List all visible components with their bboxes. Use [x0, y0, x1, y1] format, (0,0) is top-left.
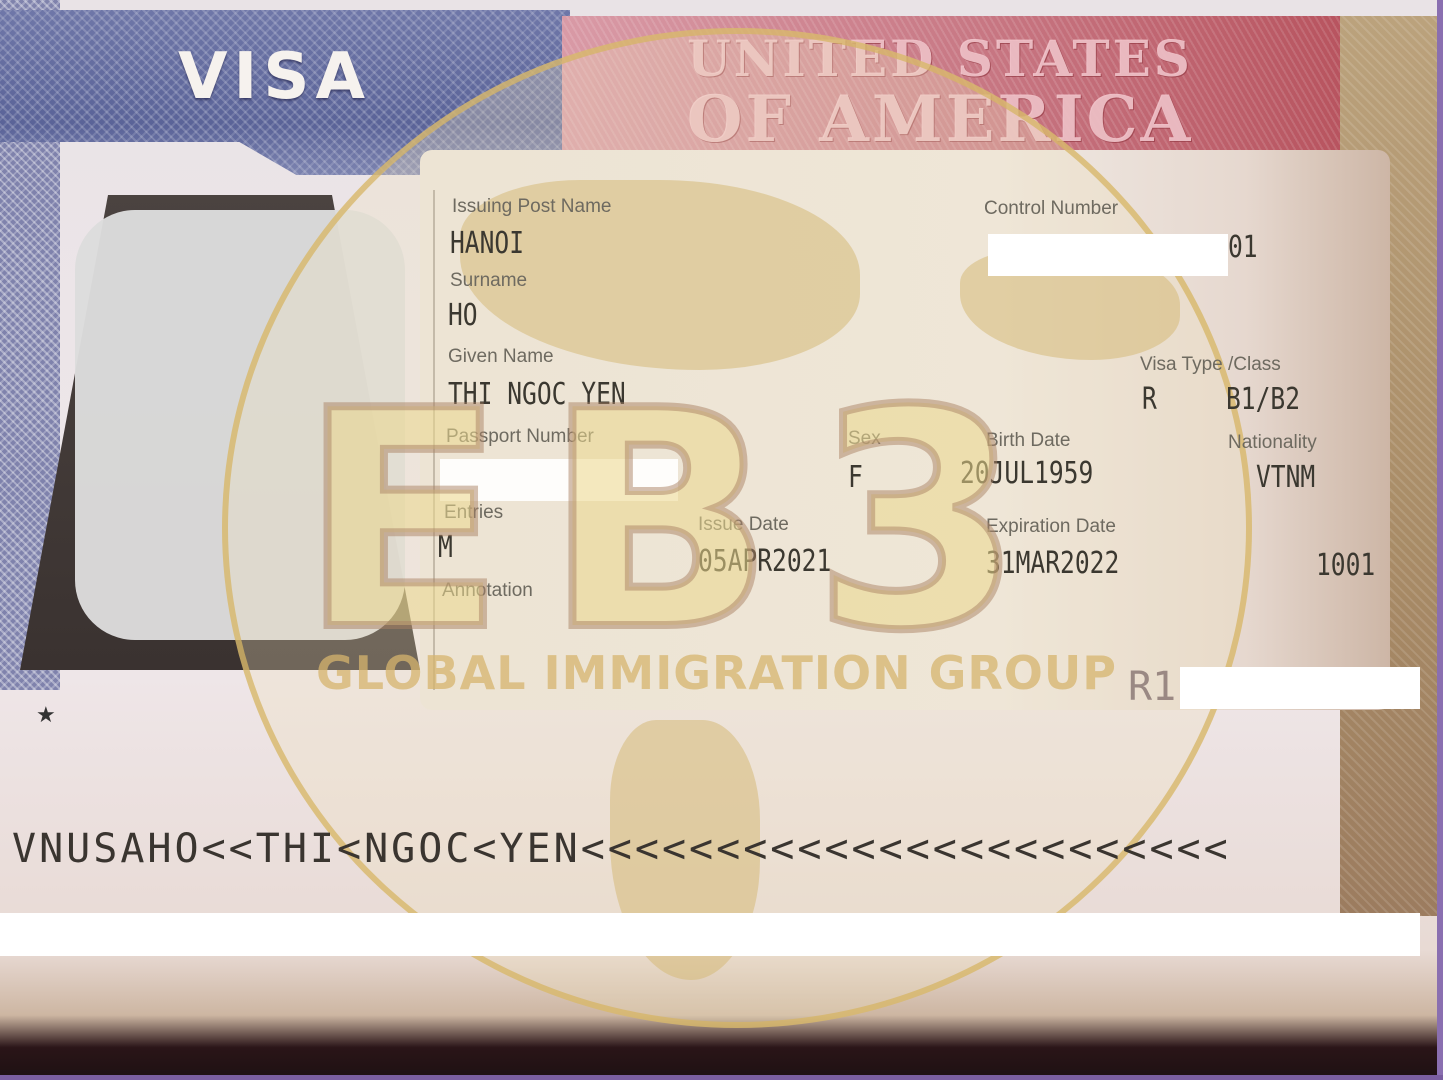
- visa-class-value: B1/B2: [1226, 382, 1300, 417]
- watermark-logo: EB3: [300, 372, 1062, 672]
- serial-redaction: [1180, 667, 1420, 709]
- nationality-value: VTNM: [1256, 460, 1315, 495]
- watermark-tagline: GLOBAL IMMIGRATION GROUP: [316, 646, 1117, 700]
- control-number-label: Control Number: [984, 198, 1118, 220]
- issuing-post-value: HANOI: [450, 226, 524, 261]
- surname-value: HO: [448, 298, 478, 333]
- nationality-label: Nationality: [1228, 432, 1317, 454]
- frame-edge-bottom: [0, 1075, 1443, 1080]
- mrz-line-1: VNUSAHO<<THI<NGOC<YEN<<<<<<<<<<<<<<<<<<<…: [12, 826, 1231, 872]
- visa-title: VISA: [178, 40, 371, 114]
- visa-type-value: R: [1142, 382, 1157, 417]
- frame-edge-right: [1437, 0, 1443, 1080]
- surname-label: Surname: [450, 270, 527, 292]
- control-number-suffix: 01: [1228, 230, 1258, 265]
- visa-code: 1001: [1316, 548, 1375, 583]
- mrz-line-2-redaction: [0, 913, 1420, 956]
- visa-photo: VISA UNITED STATES OF AMERICA ★ Issuing …: [0, 0, 1443, 1080]
- issuing-post-label: Issuing Post Name: [452, 196, 611, 218]
- serial-prefix: R1: [1128, 664, 1176, 710]
- control-number-redaction: [988, 234, 1228, 276]
- star-icon: ★: [36, 702, 56, 728]
- visa-type-class-label: Visa Type /Class: [1140, 354, 1281, 376]
